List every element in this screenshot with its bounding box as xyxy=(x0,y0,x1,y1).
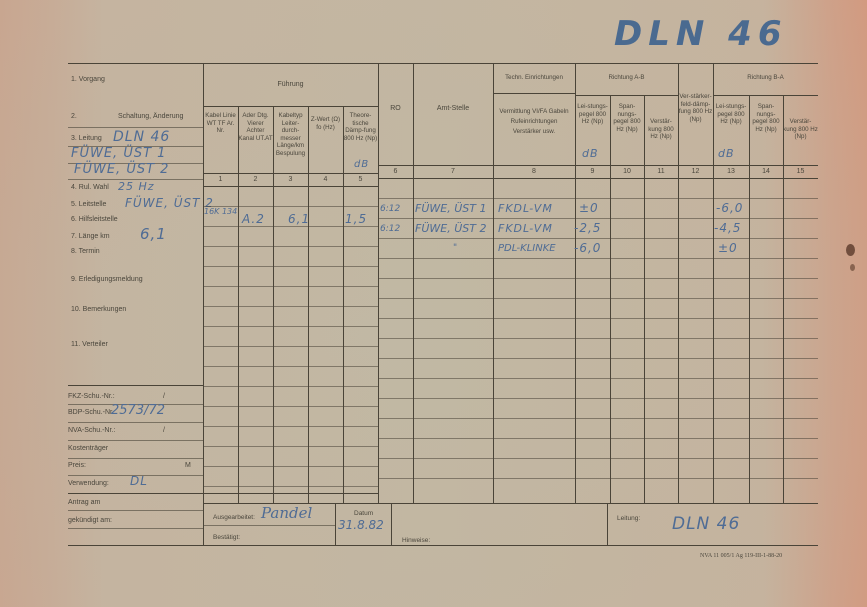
group-header-richtung-ba: Richtung B-A xyxy=(713,74,818,82)
cell-r1-c3[interactable]: 6,1 xyxy=(288,212,310,226)
field-value-leitstelle[interactable]: FÜWE, ÜST 2 xyxy=(125,196,214,210)
col-header-1: Kabel Linie WT TF Ar. Nr. xyxy=(203,112,238,135)
preis-unit: M xyxy=(185,462,191,469)
group-header-richtung-ab: Richtung A-B xyxy=(575,74,678,82)
col-header-10: Span-nungs-pegel 800 Hz (Np) xyxy=(610,103,644,133)
field-label-bemerkungen: 10. Bemerkungen xyxy=(71,306,126,313)
field-label-fkz: FKZ-Schu.-Nr.: xyxy=(68,393,115,400)
cell-r1-c13[interactable]: -6,0 xyxy=(716,201,743,215)
cell-r3-c9[interactable]: -6,0 xyxy=(574,241,601,255)
col-header-3: Kabeltyp Leiter-durch-messer Länge/km Be… xyxy=(273,112,308,158)
col-number-6: 6 xyxy=(378,168,413,175)
col-5-annotation: dB xyxy=(354,159,369,170)
group-header-fuehrung: Führung xyxy=(203,81,378,89)
field-value-leitung[interactable]: DLN 46 xyxy=(113,129,170,145)
bestaetigt-label: Bestätigt: xyxy=(213,534,240,541)
col-number-10: 10 xyxy=(610,168,644,175)
field-value-rul-wahl[interactable]: 25 Hz xyxy=(118,180,155,193)
field-label-2: 2. xyxy=(71,113,77,120)
field-label-erledigungsmeldung: 9. Erledigungsmeldung xyxy=(71,276,143,283)
field-label-verteiler: 11. Verteiler xyxy=(71,341,108,348)
group-header-techn: Techn. Einrichtungen xyxy=(493,74,575,82)
col-header-4: Z-Wert (Ω) fo (Hz) xyxy=(308,116,343,131)
col-header-9: Lei-stungs-pegel 800 Hz (Np) xyxy=(575,103,610,126)
datum-value[interactable]: 31.8.82 xyxy=(338,518,384,532)
hinweise-label: Hinweise: xyxy=(402,537,430,544)
form-sheet: 1. Vorgang 2. Schaltung, Änderung 3. Lei… xyxy=(68,63,818,545)
cell-r1-c6[interactable]: 6:12 xyxy=(380,204,400,214)
col-number-12: 12 xyxy=(678,168,713,175)
cell-r2-c8[interactable]: FKDL-VM xyxy=(498,222,553,235)
col-header-14: Span-nungs-pegel 800 Hz (Np) xyxy=(749,103,783,133)
cell-r1-c8[interactable]: FKDL-VM xyxy=(498,202,553,215)
field-label-gekuendigt: gekündigt am: xyxy=(68,517,112,524)
col-header-11: Verstär-kung 800 Hz (Np) xyxy=(644,118,678,141)
leitung-value[interactable]: DLN 46 xyxy=(672,514,740,534)
cell-r2-c13[interactable]: -4,5 xyxy=(714,221,741,235)
field-value-leitung-line2[interactable]: FÜWE, ÜST 1 xyxy=(71,146,166,161)
field-value-verwendung[interactable]: DL xyxy=(130,474,148,488)
field-value-bdp[interactable]: 2573/72 xyxy=(111,403,165,418)
cell-r3-c7[interactable]: " xyxy=(453,243,458,253)
nva-separator: / xyxy=(163,427,165,434)
col-9-annotation: dB xyxy=(582,147,599,160)
field-value-laenge[interactable]: 6,1 xyxy=(140,225,167,243)
ink-stain xyxy=(846,244,855,256)
field-label-nva: NVA-Schu.-Nr.: xyxy=(68,427,115,434)
col-number-7: 7 xyxy=(413,168,493,175)
field-label-verwendung: Verwendung: xyxy=(68,480,109,487)
field-label-leitstelle: 5. Leitstelle xyxy=(71,201,106,208)
field-label-preis: Preis: xyxy=(68,462,86,469)
col-number-11: 11 xyxy=(644,168,678,175)
col-header-13: Lei-stungs-pegel 800 Hz (Np) xyxy=(713,103,749,126)
field-value-leitung-line3[interactable]: FÜWE, ÜST 2 xyxy=(74,162,169,177)
col-header-12: Ver-stärker-feld-dämp-fung 800 Hz (Np) xyxy=(678,93,713,123)
col-number-1: 1 xyxy=(203,176,238,183)
col-header-2: Ader Dtg. Vierer Achter Kanal UT.AT xyxy=(238,112,273,142)
col-number-15: 15 xyxy=(783,168,818,175)
col-number-5: 5 xyxy=(343,176,378,183)
field-label-vorgang: 1. Vorgang xyxy=(71,76,105,83)
ink-stain xyxy=(850,264,855,271)
col-13-annotation: dB xyxy=(718,147,735,160)
field-label-hilfsleitstelle: 6. Hilfsleitstelle xyxy=(71,216,118,223)
footer-print-code: NVA 11 005/1 Ag 119-III-1-88-20 xyxy=(700,553,782,559)
col-header-6: RO xyxy=(378,105,413,113)
col-number-13: 13 xyxy=(713,168,749,175)
field-label-laenge: 7. Länge km xyxy=(71,233,110,240)
field-label-bdp: BDP-Schu.-Nr.: xyxy=(68,409,116,416)
field-label-termin: 8. Termin xyxy=(71,248,100,255)
top-annotation: DLN 46 xyxy=(614,14,788,54)
field-label-schaltung: Schaltung, Änderung xyxy=(118,113,183,120)
col-number-4: 4 xyxy=(308,176,343,183)
cell-r2-c9[interactable]: -2,5 xyxy=(574,221,601,235)
fkz-separator: / xyxy=(163,393,165,400)
col-number-14: 14 xyxy=(749,168,783,175)
ausgearbeitet-signature[interactable]: Pandel xyxy=(261,504,312,522)
datum-label: Datum xyxy=(354,510,373,517)
col-number-2: 2 xyxy=(238,176,273,183)
cell-r2-c6[interactable]: 6:12 xyxy=(380,224,400,234)
col-header-8: Vermittlung VI/FA Gabeln Rufeinrichtunge… xyxy=(498,107,570,137)
col-number-8: 8 xyxy=(493,168,575,175)
cell-r3-c13[interactable]: ±0 xyxy=(718,241,738,255)
col-number-9: 9 xyxy=(575,168,610,175)
col-header-5: Theore-tische Dämp-fung 800 Hz (Np) xyxy=(343,112,378,142)
col-header-15: Verstär-kung 800 Hz (Np) xyxy=(783,118,818,141)
cell-r2-c7[interactable]: FÜWE, ÜST 2 xyxy=(415,222,486,235)
cell-r1-c9[interactable]: ±0 xyxy=(579,201,599,215)
cell-r1-c5[interactable]: 1,5 xyxy=(345,212,367,226)
cell-r3-c8[interactable]: PDL-KLINKE xyxy=(498,243,556,254)
leitung-label: Leitung: xyxy=(617,515,640,522)
field-label-antrag: Antrag am xyxy=(68,499,100,506)
ausgearbeitet-label: Ausgearbeitet: xyxy=(213,514,255,521)
field-label-leitung: 3. Leitung xyxy=(71,135,102,142)
field-label-rul-wahl: 4. Rul. Wahl xyxy=(71,184,109,191)
col-number-3: 3 xyxy=(273,176,308,183)
field-label-kostentraeger: Kostenträger xyxy=(68,445,108,452)
cell-r1-c1[interactable]: 16K 134 xyxy=(204,207,238,216)
cell-r1-c2[interactable]: A.2 xyxy=(242,212,265,226)
col-header-7: Amt-Stelle xyxy=(413,105,493,113)
cell-r1-c7[interactable]: FÜWE, ÜST 1 xyxy=(415,202,486,215)
